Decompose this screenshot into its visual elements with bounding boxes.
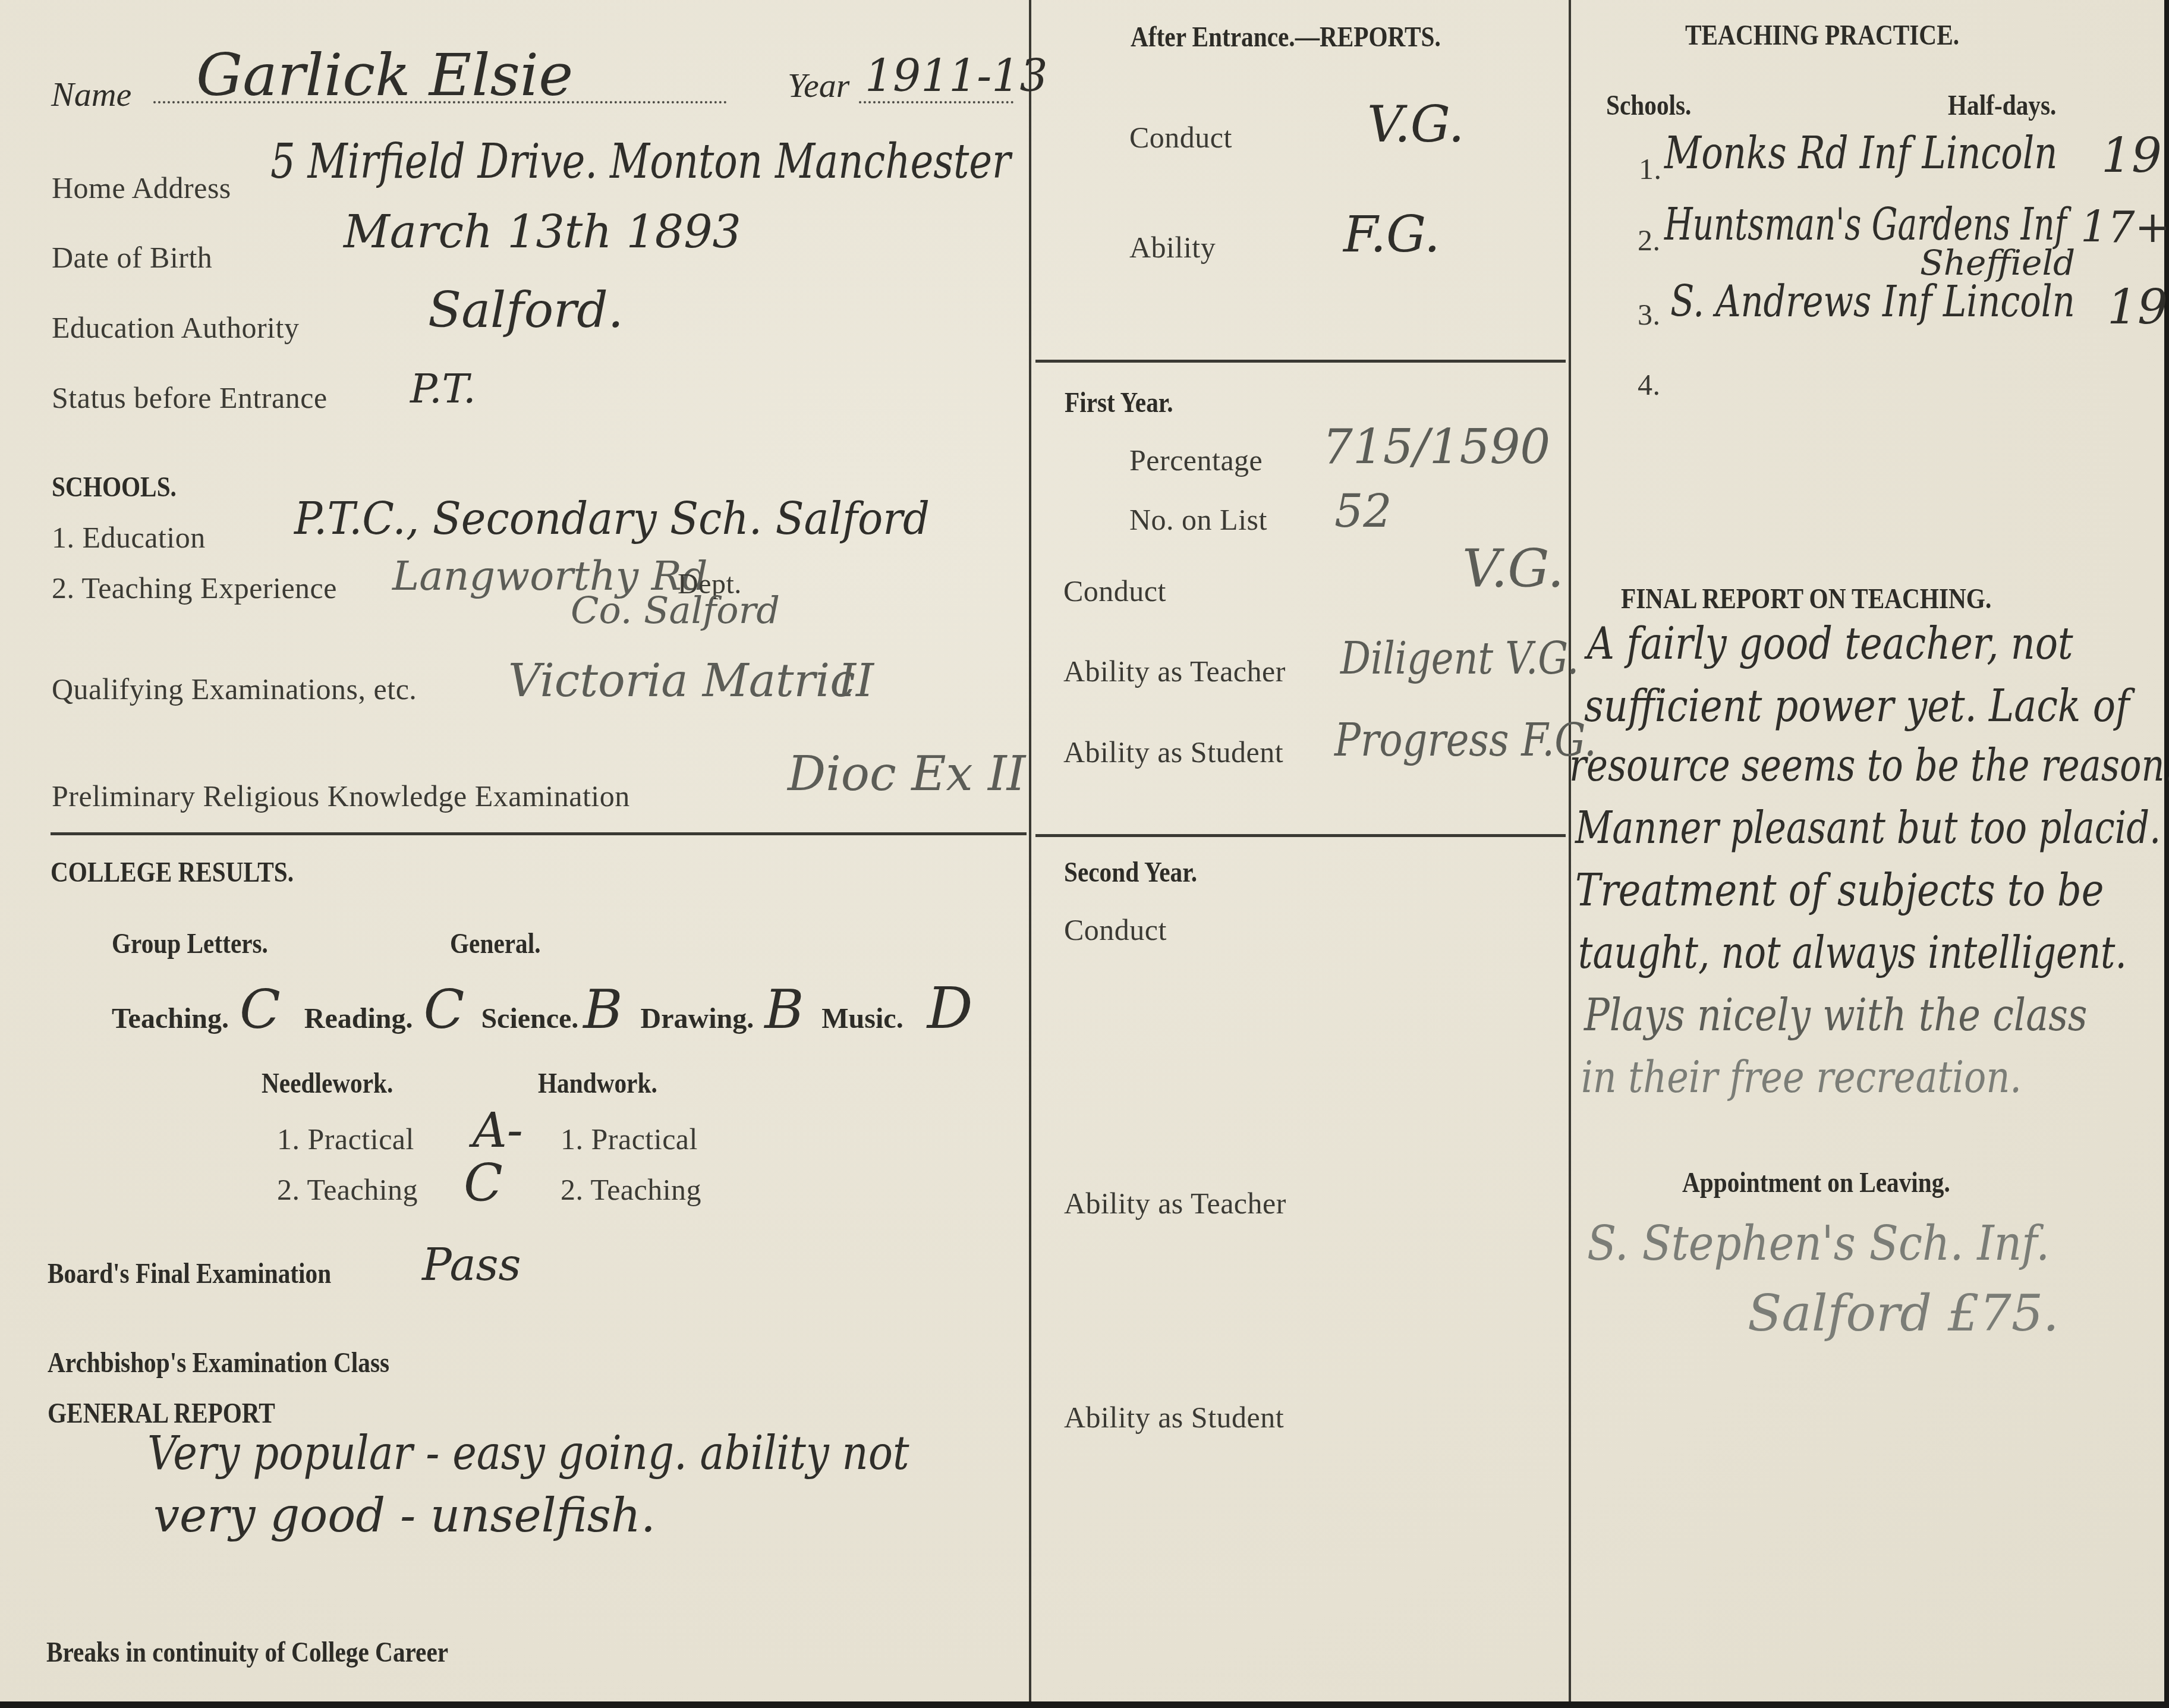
student-record-card: Name Garlick Elsie Year 1911-13 Home Add… xyxy=(0,0,2164,1701)
religious-exam-label: Preliminary Religious Knowledge Examinat… xyxy=(52,779,630,813)
subject-teaching-grade: C xyxy=(240,979,281,1041)
religious-exam-value: Dioc Ex II xyxy=(788,746,1025,801)
percentage-value: 715/1590 xyxy=(1323,419,1550,474)
appointment-line-1: S. Stephen's Sch. Inf. xyxy=(1587,1216,2050,1271)
final-report-line-8: in their free recreation. xyxy=(1581,1052,2022,1102)
first-year-student-label: Ability as Student xyxy=(1063,735,1283,769)
percentage-label: Percentage xyxy=(1129,443,1263,477)
tp-halfdays-label: Half-days. xyxy=(1948,89,2056,122)
boards-final-value: Pass xyxy=(422,1240,521,1291)
final-report-heading: FINAL REPORT ON TEACHING. xyxy=(1621,583,1991,615)
subject-science-grade: B xyxy=(583,979,622,1041)
name-value: Garlick Elsie xyxy=(196,42,573,109)
general-report-line-2: very good - unselfish. xyxy=(153,1489,656,1543)
status-label: Status before Entrance xyxy=(52,380,328,415)
schools-heading: SCHOOLS. xyxy=(52,471,177,504)
breaks-label: Breaks in continuity of College Career xyxy=(46,1636,448,1669)
no-on-list-label: No. on List xyxy=(1129,502,1267,537)
qualifying-exams-class: II xyxy=(838,654,874,707)
final-report-line-1: A fairly good teacher, not xyxy=(1587,618,2073,669)
education-authority-label: Education Authority xyxy=(52,310,299,345)
after-entrance-heading: After Entrance.—REPORTS. xyxy=(1131,21,1441,54)
general-label: General. xyxy=(450,927,540,960)
home-address-value: 5 Mirfield Drive. Monton Manchester xyxy=(270,134,1010,189)
needlework-practical-grade: A- xyxy=(473,1103,523,1158)
middle-rule-first-year xyxy=(1035,834,1566,837)
general-report-line-1: Very popular - easy going. ability not xyxy=(147,1427,909,1480)
archbishop-exam-label: Archbishop's Examination Class xyxy=(48,1347,389,1379)
final-report-line-6: taught, not always intelligent. xyxy=(1578,927,2127,979)
dob-value: March 13th 1893 xyxy=(344,205,741,258)
after-entrance-ability-value: F.G. xyxy=(1343,205,1440,263)
column-divider-left xyxy=(1029,0,1031,1701)
first-year-student-value: Progress F.G. xyxy=(1334,713,1597,766)
tp-entry-1-halfdays: 19 xyxy=(2101,128,2162,183)
subject-music-grade: D xyxy=(927,975,973,1042)
after-entrance-conduct-value: V.G. xyxy=(1367,95,1465,153)
subject-drawing-label: Drawing. xyxy=(641,1002,754,1035)
year-value: 1911-13 xyxy=(865,51,1048,102)
tp-entry-2-num: 2. xyxy=(1638,223,1661,257)
second-year-heading: Second Year. xyxy=(1064,856,1197,889)
column-divider-right xyxy=(1569,0,1571,1701)
group-letters-label: Group Letters. xyxy=(112,927,268,960)
subject-science-label: Science. xyxy=(481,1002,578,1035)
first-year-conduct-label: Conduct xyxy=(1063,574,1166,608)
needlework-teaching-label: 2. Teaching xyxy=(277,1172,418,1207)
after-entrance-conduct-label: Conduct xyxy=(1129,120,1232,155)
no-on-list-value: 52 xyxy=(1334,485,1392,537)
qualifying-exams-value: Victoria Matric xyxy=(508,654,855,707)
handwork-label: Handwork. xyxy=(538,1067,657,1100)
second-year-conduct-label: Conduct xyxy=(1064,913,1167,947)
group-letters-row: Teaching. C Reading. C Science. B Drawin… xyxy=(112,975,973,1042)
subject-drawing-grade: B xyxy=(764,979,804,1041)
tp-entry-1-school: Monks Rd Inf Lincoln xyxy=(1664,128,2057,179)
first-year-conduct-value: V.G. xyxy=(1462,538,1564,599)
final-report-line-2: sufficient power yet. Lack of xyxy=(1584,681,2130,732)
middle-rule-after-entrance xyxy=(1035,360,1566,363)
status-value: P.T. xyxy=(410,366,476,413)
name-label: Name xyxy=(51,74,131,114)
left-section-rule xyxy=(51,832,1027,835)
education-label: 1. Education xyxy=(52,520,206,555)
subject-music-label: Music. xyxy=(821,1002,903,1035)
general-report-label: GENERAL REPORT xyxy=(48,1397,275,1430)
tp-entry-2-halfdays: 17+3 xyxy=(2080,202,2169,252)
tp-entry-3-school: S. Andrews Inf Lincoln xyxy=(1670,276,2075,326)
tp-entry-1-num: 1. xyxy=(1639,152,1662,186)
second-year-teacher-label: Ability as Teacher xyxy=(1064,1186,1286,1221)
subject-reading-label: Reading. xyxy=(304,1002,413,1035)
final-report-line-7: Plays nicely with the class xyxy=(1584,990,2087,1041)
teaching-practice-heading: TEACHING PRACTICE. xyxy=(1685,19,1959,52)
subject-teaching-label: Teaching. xyxy=(112,1002,229,1035)
teaching-experience-value-2: Co. Salford xyxy=(571,589,780,632)
tp-entry-3-num: 3. xyxy=(1638,297,1661,332)
handwork-practical-label: 1. Practical xyxy=(561,1122,698,1156)
year-label: Year xyxy=(788,65,849,105)
tp-schools-label: Schools. xyxy=(1606,89,1691,122)
appointment-heading: Appointment on Leaving. xyxy=(1682,1166,1950,1199)
education-value: P.T.C., Secondary Sch. Salford xyxy=(294,493,930,545)
handwork-teaching-label: 2. Teaching xyxy=(561,1172,701,1207)
first-year-teacher-label: Ability as Teacher xyxy=(1063,654,1286,688)
dob-label: Date of Birth xyxy=(52,240,212,275)
final-report-line-5: Treatment of subjects to be xyxy=(1575,865,2104,916)
home-address-label: Home Address xyxy=(52,171,231,205)
final-report-line-4: Manner pleasant but too placid. xyxy=(1575,803,2161,854)
second-year-student-label: Ability as Student xyxy=(1064,1400,1284,1435)
first-year-teacher-value: Diligent V.G. xyxy=(1340,633,1579,684)
needlework-label: Needlework. xyxy=(262,1067,393,1100)
subject-reading-grade: C xyxy=(424,979,465,1041)
boards-final-label: Board's Final Examination xyxy=(48,1257,331,1290)
tp-entry-4-num: 4. xyxy=(1638,367,1661,402)
appointment-line-2: Salford £75. xyxy=(1748,1284,2059,1342)
tp-entry-3-halfdays: 19 xyxy=(2107,279,2168,335)
qualifying-exams-label: Qualifying Examinations, etc. xyxy=(52,672,417,706)
needlework-practical-label: 1. Practical xyxy=(277,1122,414,1156)
college-results-heading: COLLEGE RESULTS. xyxy=(51,856,294,889)
teaching-experience-label: 2. Teaching Experience xyxy=(52,571,337,605)
needlework-teaching-grade: C xyxy=(464,1153,503,1213)
first-year-heading: First Year. xyxy=(1065,386,1173,419)
education-authority-value: Salford. xyxy=(428,282,624,339)
final-report-line-3: resource seems to be the reason. xyxy=(1569,740,2169,791)
after-entrance-ability-label: Ability xyxy=(1129,230,1216,265)
